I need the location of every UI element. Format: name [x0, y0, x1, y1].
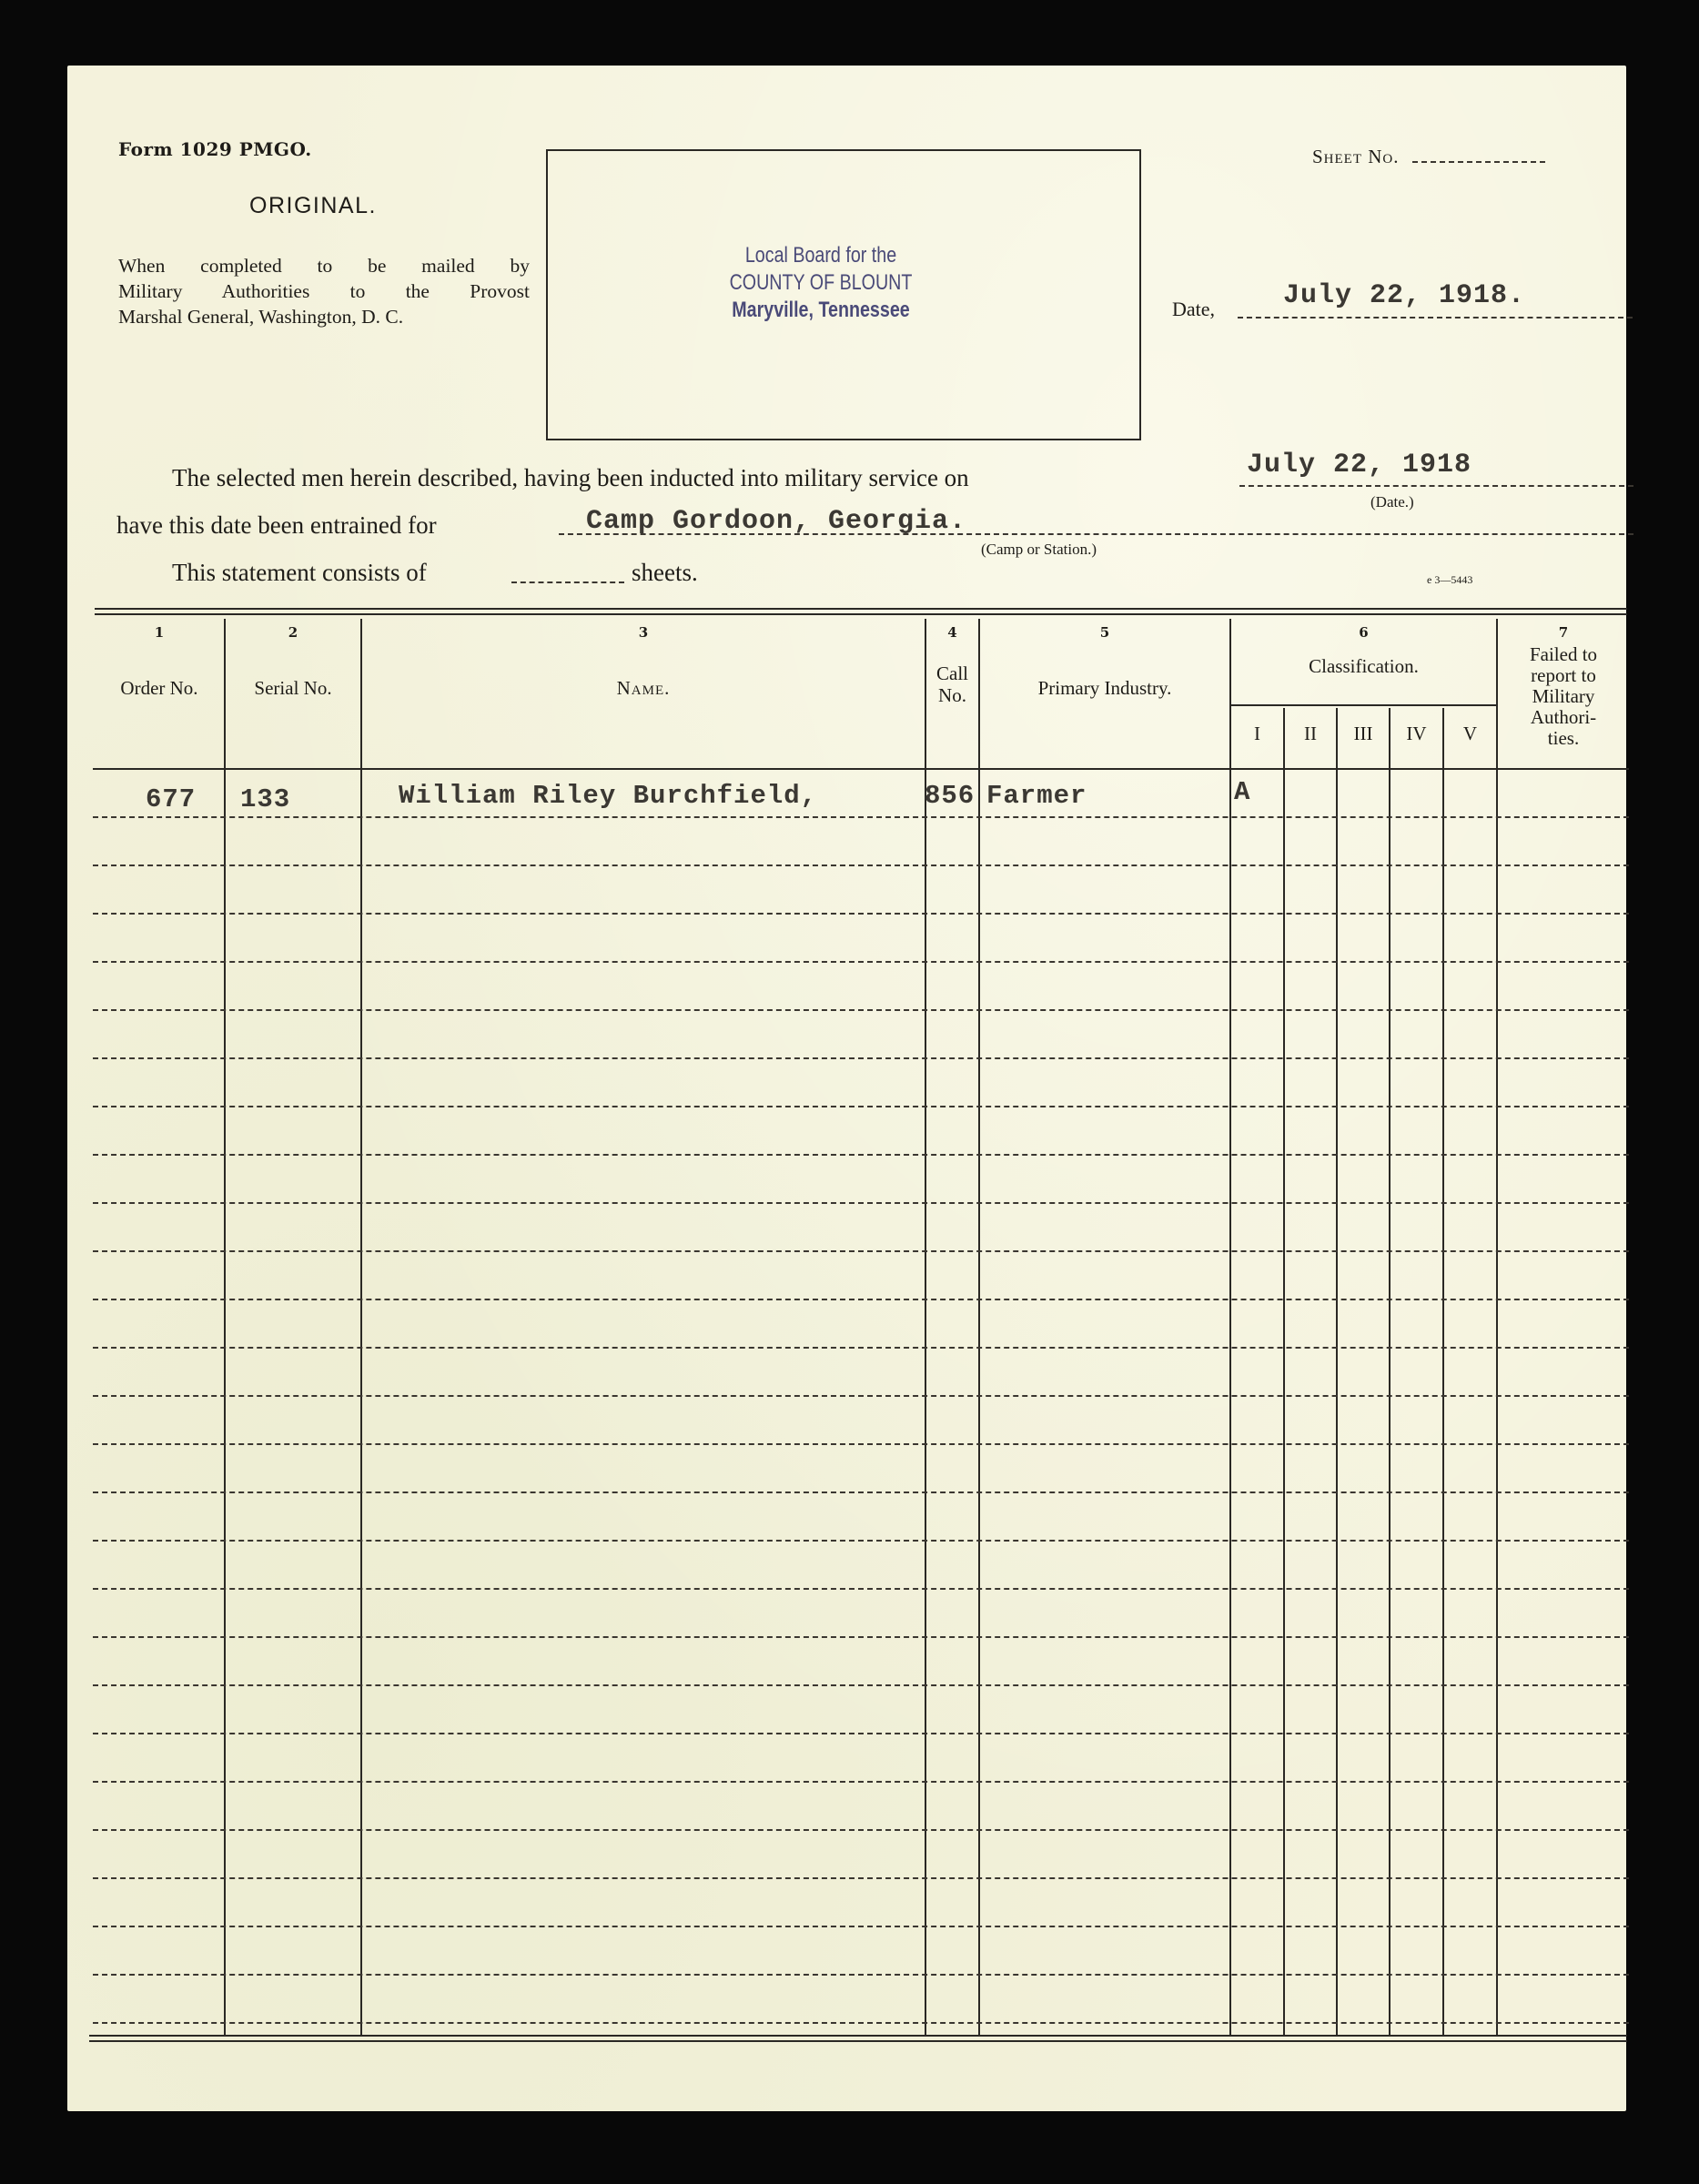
table-bottom-rule	[89, 2035, 1627, 2037]
failed-header-line: Authori-	[1498, 707, 1629, 728]
failed-header-line: Failed to	[1498, 644, 1629, 665]
induction-date-underline	[1239, 485, 1633, 487]
class-subcolumn-divider	[1283, 708, 1285, 2035]
instruction-line: Military Authorities to the Provost	[118, 278, 530, 304]
sheet-number-field[interactable]: Sheet No.	[1312, 146, 1545, 168]
date-label: Date,	[1172, 298, 1215, 321]
column-number: 3	[362, 624, 925, 641]
column-divider	[925, 619, 926, 2035]
column-header-primary-industry: Primary Industry.	[980, 677, 1229, 699]
mailing-instructions: When completed to be mailed by Military …	[118, 253, 530, 329]
row-line	[93, 1781, 1629, 1783]
class-subheader-II: II	[1285, 723, 1336, 744]
row-line	[93, 1540, 1629, 1542]
class-subheader-III: III	[1338, 723, 1389, 744]
table-top-rule	[95, 608, 1627, 610]
date-value[interactable]: July 22, 1918.	[1283, 280, 1525, 311]
table-bottom-rule	[89, 2040, 1627, 2042]
class-subheader-I: I	[1231, 723, 1283, 744]
row-line	[93, 864, 1629, 866]
stamp-line-3: Maryville, Tennessee	[709, 297, 933, 324]
row-line	[93, 1347, 1629, 1349]
row-line	[93, 1588, 1629, 1590]
row-line	[93, 1009, 1629, 1011]
instruction-line: When completed to be mailed by	[118, 253, 530, 278]
column-number: 7	[1498, 624, 1629, 641]
induction-date-caption: (Date.)	[1370, 493, 1414, 511]
column-header-call-no: Call No.	[926, 662, 978, 706]
sheet-number-value[interactable]	[1412, 161, 1545, 163]
local-board-stamp-box: Local Board for the COUNTY OF BLOUNT Mar…	[546, 149, 1141, 440]
row-line	[93, 1829, 1629, 1831]
printer-code: e 3—5443	[1427, 573, 1472, 587]
failed-header-line: Military	[1498, 686, 1629, 707]
row-line	[93, 1154, 1629, 1156]
column-divider	[360, 619, 362, 2035]
statement-line-1: The selected men herein described, havin…	[172, 464, 969, 492]
row-line	[93, 1877, 1629, 1879]
class-subcolumn-divider	[1336, 708, 1338, 2035]
primary-industry-cell[interactable]: Farmer	[986, 781, 1087, 811]
induction-date-value[interactable]: July 22, 1918	[1247, 450, 1471, 480]
statement-line-3: This statement consists of	[172, 559, 427, 587]
row-line	[93, 1491, 1629, 1493]
form-sheet: Form 1029 PMGO. ORIGINAL. When completed…	[67, 66, 1626, 2111]
order-no-cell[interactable]: 677	[146, 784, 196, 814]
classification-subheader-rule	[1231, 704, 1496, 706]
row-line	[93, 1974, 1629, 1976]
column-number: 2	[226, 624, 360, 641]
row-line	[93, 1395, 1629, 1397]
destination-caption: (Camp or Station.)	[981, 541, 1097, 559]
row-line	[93, 1926, 1629, 1927]
date-underline	[1238, 317, 1633, 318]
statement-line-2: have this date been entrained for	[116, 511, 437, 540]
call-no-line-2: No.	[926, 684, 978, 706]
row-line	[93, 1684, 1629, 1686]
call-no-line-1: Call	[926, 662, 978, 684]
copy-label: ORIGINAL.	[249, 193, 377, 219]
column-header-name: Name.	[362, 677, 925, 699]
row-line	[93, 816, 1629, 818]
instruction-line: Marshal General, Washington, D. C.	[118, 304, 530, 329]
column-divider	[224, 619, 226, 2035]
class-subcolumn-divider	[1389, 708, 1391, 2035]
destination-value[interactable]: Camp Gordoon, Georgia.	[586, 506, 966, 537]
header-bottom-rule	[93, 768, 1629, 770]
column-number: 6	[1231, 624, 1496, 641]
column-header-order-no: Order No.	[95, 677, 224, 699]
row-line	[93, 1202, 1629, 1204]
class-subheader-IV: IV	[1391, 723, 1442, 744]
column-divider	[978, 619, 980, 2035]
name-cell[interactable]: William Riley Burchfield,	[399, 781, 817, 811]
row-line	[93, 1299, 1629, 1300]
class-subcolumn-divider	[1442, 708, 1444, 2035]
failed-header-line: report to	[1498, 665, 1629, 686]
row-line	[93, 1443, 1629, 1445]
row-line	[93, 1733, 1629, 1734]
sheet-number-label: Sheet No.	[1312, 146, 1400, 167]
local-board-stamp: Local Board for the COUNTY OF BLOUNT Mar…	[709, 242, 933, 324]
stamp-line-2: COUNTY OF BLOUNT	[709, 269, 933, 297]
row-line	[93, 1250, 1629, 1252]
stamp-line-1: Local Board for the	[709, 242, 933, 269]
row-line	[93, 2022, 1629, 2024]
classification-I-cell[interactable]: A	[1234, 777, 1250, 807]
table-top-rule	[95, 613, 1627, 615]
column-divider	[1229, 619, 1231, 2035]
row-line	[93, 1106, 1629, 1107]
class-subheader-V: V	[1444, 723, 1496, 744]
form-number: Form 1029 PMGO.	[118, 138, 312, 160]
column-header-serial-no: Serial No.	[226, 677, 360, 699]
serial-no-cell[interactable]: 133	[240, 784, 290, 814]
column-number: 5	[980, 624, 1229, 641]
row-line	[93, 1057, 1629, 1059]
statement-line-3-suffix: sheets.	[632, 559, 698, 587]
column-number: 1	[95, 624, 224, 641]
row-line	[93, 913, 1629, 915]
failed-header-line: ties.	[1498, 728, 1629, 749]
column-divider	[1496, 619, 1498, 2035]
column-header-classification: Classification.	[1231, 655, 1496, 677]
row-line	[93, 961, 1629, 963]
column-number: 4	[926, 624, 978, 641]
sheet-count-field[interactable]	[511, 581, 624, 583]
column-header-failed-to-report: Failed to report to Military Authori- ti…	[1498, 644, 1629, 749]
call-no-cell[interactable]: 856	[925, 781, 975, 811]
row-line	[93, 1636, 1629, 1638]
